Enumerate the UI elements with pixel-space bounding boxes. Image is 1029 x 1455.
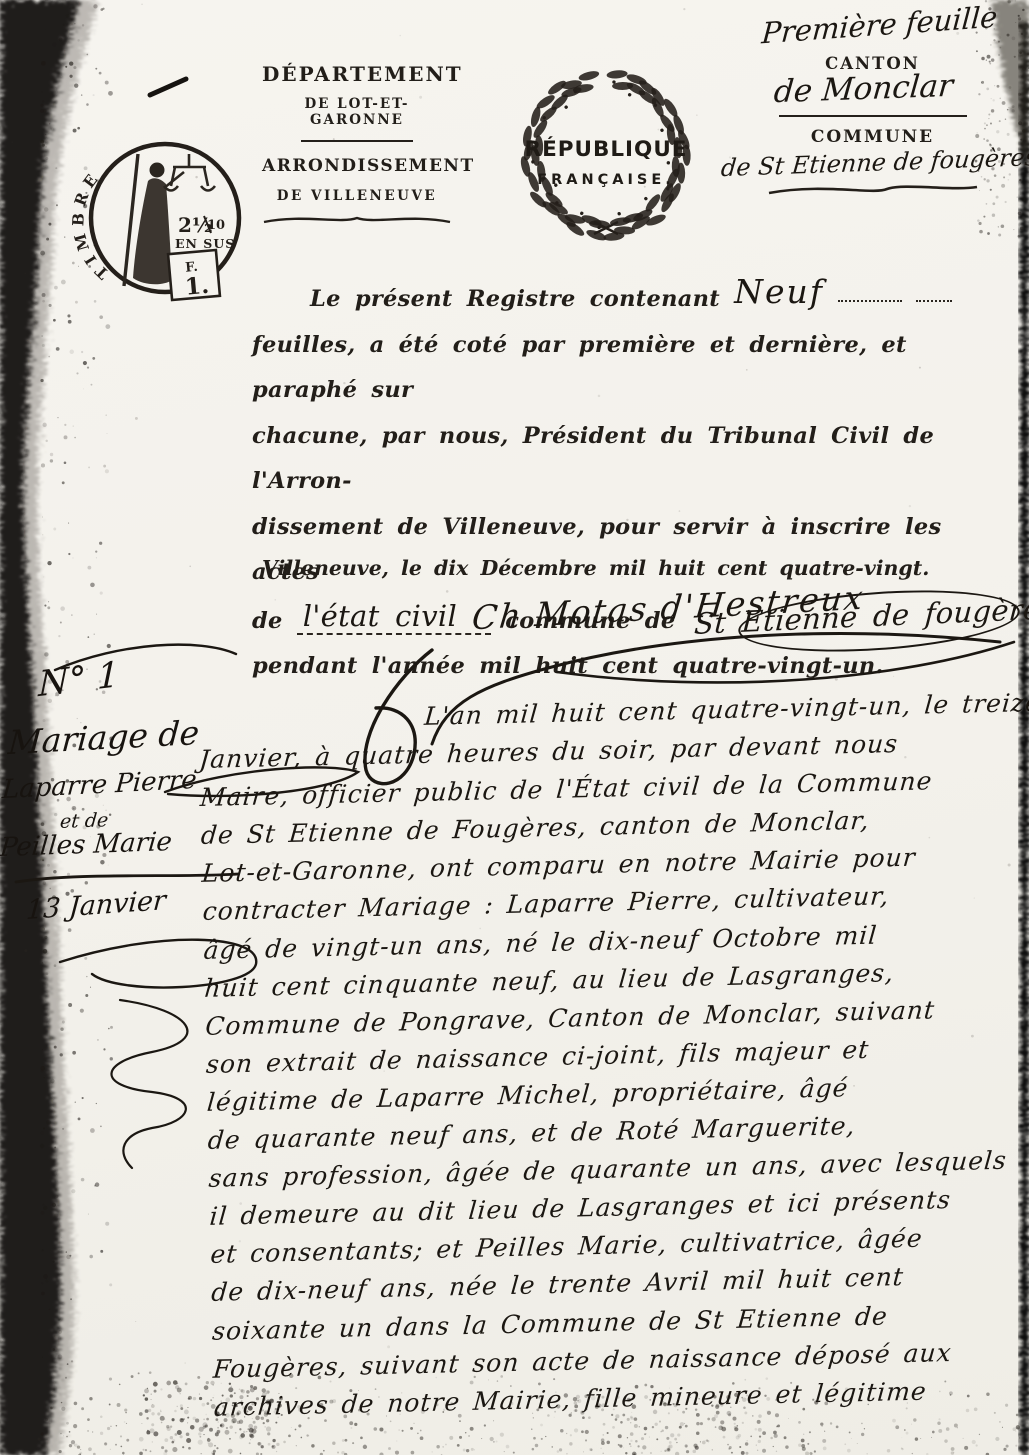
department-header-block: DÉPARTEMENT DE LOT-ET-GARONNE ARRONDISSE… bbox=[262, 62, 452, 232]
sheet-count-handwritten: Neuf bbox=[734, 272, 824, 311]
header-brace-ornament bbox=[262, 212, 452, 228]
commune-handwritten-value: de St Etienne de fougères bbox=[720, 144, 1011, 182]
commune-label: COMMUNE bbox=[735, 127, 1010, 147]
canton-commune-header-block: Première feuille CANTON de Monclar COMMU… bbox=[735, 8, 1010, 201]
arrondissement-label: ARRONDISSEMENT bbox=[262, 156, 452, 176]
statement-line4: dissement de Villeneuve, pour servir à i… bbox=[252, 505, 977, 596]
commune-underline-ornament bbox=[763, 181, 983, 197]
act-title-line4: Peilles Marie bbox=[0, 827, 173, 863]
svg-text:EN SUS: EN SUS bbox=[175, 236, 235, 251]
department-name: DE LOT-ET-GARONNE bbox=[262, 96, 452, 128]
certification-dateline: Villeneuve, le dix Décembre mil huit cen… bbox=[262, 556, 929, 580]
department-label: DÉPARTEMENT bbox=[262, 62, 452, 86]
francaise-text: FRANÇAISE. bbox=[537, 172, 675, 188]
statement-line1-text: Le présent Registre contenant bbox=[310, 286, 720, 312]
marriage-act-body: L'an mil huit cent quatre-vingt-un, le t… bbox=[196, 684, 1029, 1426]
laurel-wreath-icon: RÉPUBLIQUE FRANÇAISE. bbox=[498, 56, 714, 252]
stamp-value-tablet: F. 1. bbox=[168, 250, 220, 301]
header-divider-right bbox=[779, 115, 967, 117]
statement-line2: feuilles, a été coté par première et der… bbox=[252, 323, 977, 414]
svg-text:1.: 1. bbox=[184, 272, 210, 301]
acts-type-handwritten: l'état civil bbox=[297, 599, 491, 635]
fill-in-dotted-line bbox=[916, 300, 952, 302]
arrondissement-name: DE VILLENEUVE bbox=[262, 188, 452, 204]
first-sheet-handwritten-note: Première feuille bbox=[748, 0, 1011, 51]
scanned-register-page: TIMBRE 2½ 10 EN SUS F. 1. DÉPARTEMENT DE… bbox=[0, 0, 1029, 1455]
svg-text:10: 10 bbox=[207, 218, 225, 233]
ink-smudge-dash bbox=[150, 79, 186, 95]
statement-line6: pendant l'année mil huit cent quatre-vin… bbox=[252, 644, 977, 690]
timbre-revenue-stamp-icon: TIMBRE 2½ 10 EN SUS F. 1. bbox=[80, 126, 250, 311]
republique-text: RÉPUBLIQUE bbox=[525, 136, 688, 162]
stamp-surcharge-text: 2½ 10 EN SUS bbox=[175, 213, 235, 251]
statement-line5-de: de bbox=[252, 608, 283, 634]
fill-in-dotted-line bbox=[838, 300, 902, 302]
statement-line1: Le présent Registre contenant Neuf bbox=[252, 272, 977, 323]
header-divider bbox=[301, 140, 413, 142]
statement-line3: chacune, par nous, Président du Tribunal… bbox=[252, 414, 977, 505]
